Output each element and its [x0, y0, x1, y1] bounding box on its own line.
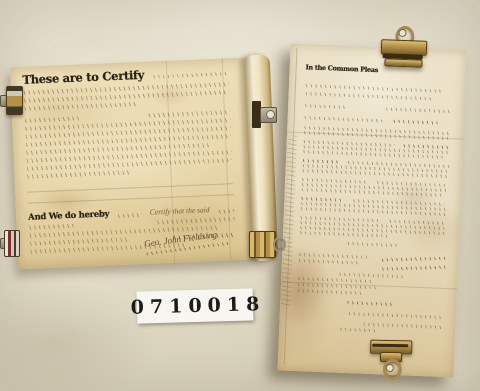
- ruled-line: [28, 194, 234, 204]
- handwriting-line: [297, 283, 378, 289]
- handwriting-line: [152, 72, 228, 78]
- handwriting-line: [304, 104, 348, 109]
- handwriting-line: [24, 102, 137, 111]
- left-document: These are to Certify And We do hereby: [10, 57, 270, 269]
- right-document-signatures: [381, 253, 447, 271]
- clip-lip: [384, 58, 422, 67]
- handwriting-line: [148, 110, 230, 117]
- right-document-heading: In the Common Pleas: [306, 63, 379, 74]
- archive-number-label: 0710018: [137, 288, 254, 323]
- handwriting-line: [302, 159, 339, 163]
- ruled-line: [27, 183, 233, 193]
- handwriting-line: [298, 253, 367, 259]
- handwriting-line: [347, 301, 394, 306]
- photo: These are to Certify And We do hereby: [0, 0, 480, 391]
- clip-bar: [4, 230, 20, 257]
- handwriting-line: [304, 116, 385, 122]
- handwriting-line: [29, 224, 74, 230]
- handwriting-line: [156, 217, 234, 224]
- handwriting-line: [297, 277, 371, 283]
- handwriting-line: [298, 259, 358, 264]
- clip-bar: [6, 86, 23, 115]
- handwriting-line: [347, 242, 399, 247]
- handwriting-line: [338, 273, 405, 279]
- binder-clip-left-top: [0, 86, 24, 114]
- signature-line: [381, 257, 446, 262]
- handwriting-line: [305, 92, 435, 100]
- binder-clip-right-top: [380, 25, 428, 71]
- handwriting-line: [297, 289, 364, 295]
- clip-lip: [372, 344, 408, 348]
- handwriting-line: [305, 84, 441, 92]
- handwriting-line: [29, 238, 128, 246]
- handwriting-line: [300, 197, 344, 202]
- left-document-heading: These are to Certify: [22, 70, 144, 87]
- handwriting-line: [218, 209, 235, 214]
- handwriting-line: [24, 116, 82, 122]
- clip-knob: [266, 110, 275, 119]
- right-document-text: In the Common Pleas: [294, 56, 454, 363]
- handwriting-line: [26, 170, 129, 178]
- binder-clip-left-bottom: [0, 230, 20, 256]
- binder-clip-center-top: [252, 100, 282, 130]
- signature-line: [381, 266, 446, 271]
- archive-number: 0710018: [124, 295, 265, 318]
- left-document-text: These are to Certify And We do hereby: [22, 66, 236, 260]
- binder-clip-center-bottom: [249, 230, 287, 258]
- binder-clip-right-bottom: [370, 340, 413, 381]
- handwriting-line: [340, 328, 377, 332]
- handwriting-line: [385, 107, 452, 113]
- clip-bar: [249, 231, 276, 258]
- clip-handle: [273, 237, 286, 252]
- handwriting-line: [402, 144, 449, 149]
- handwriting-line: [362, 323, 443, 329]
- handwriting-line: [393, 120, 437, 125]
- right-document: In the Common Pleas: [278, 44, 467, 378]
